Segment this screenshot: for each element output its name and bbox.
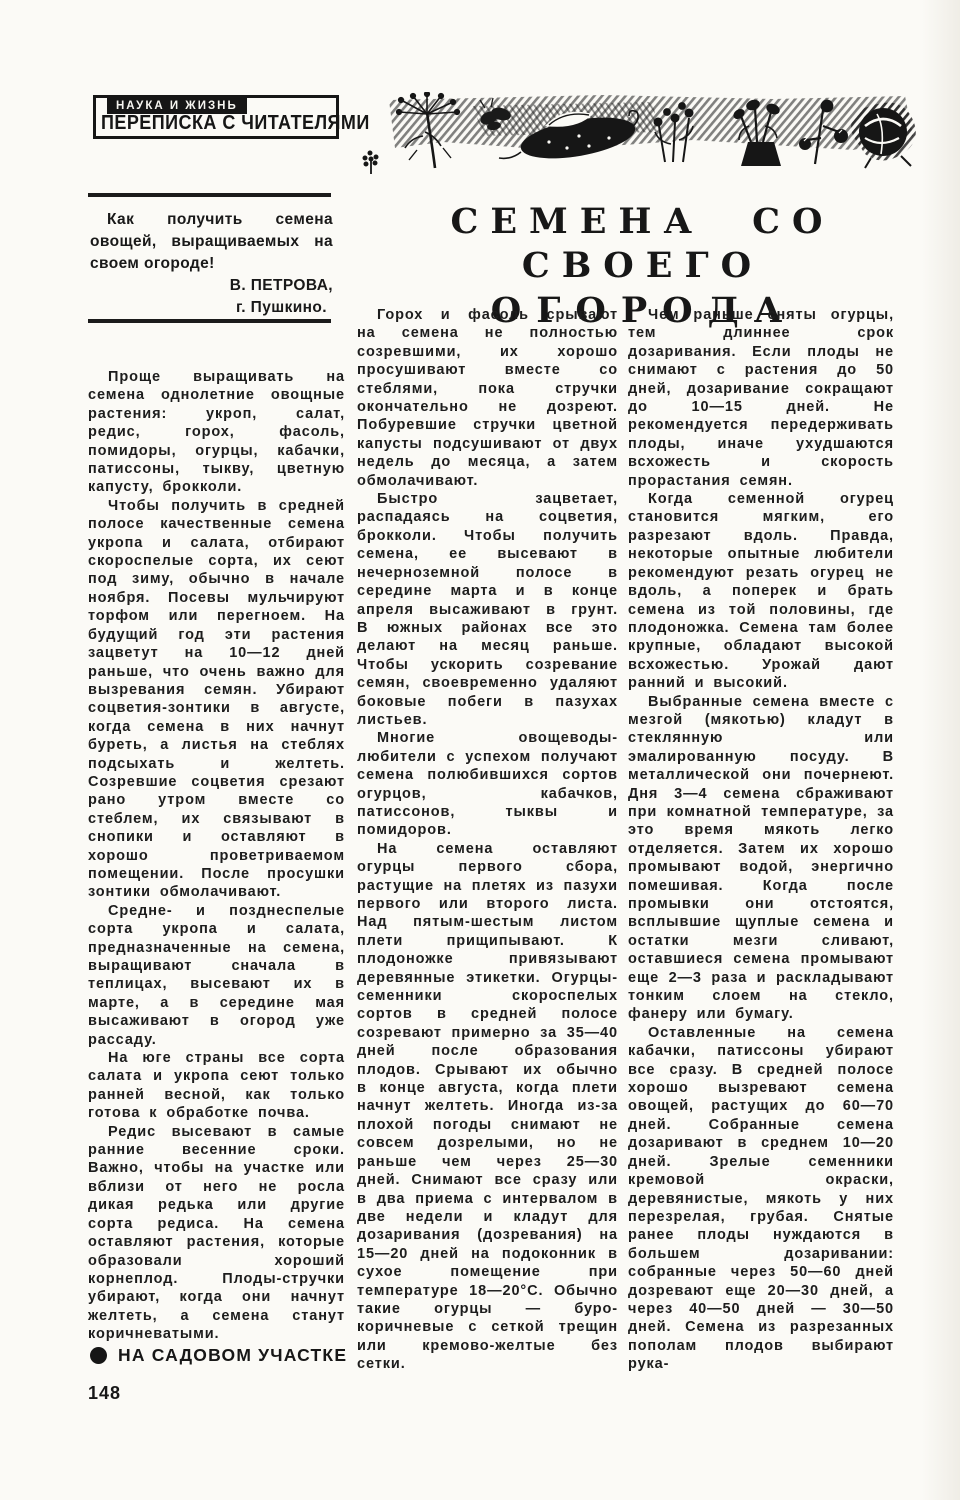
section-label-text: НА САДОВОМ УЧАСТКЕ — [118, 1345, 347, 1366]
magazine-name-text: НАУКА И ЖИЗНЬ — [116, 100, 238, 112]
paragraph: Быстро зацветает, распадаясь на соцветия… — [357, 490, 618, 729]
magazine-page: НАУКА И ЖИЗНЬ ПЕРЕПИСКА С ЧИТАТЕЛЯМИ — [0, 0, 960, 1500]
section-label: НА САДОВОМ УЧАСТКЕ — [90, 1345, 347, 1366]
column-right: Чем раньше сняты огурцы, тем длиннее сро… — [628, 306, 894, 1374]
paragraph: Оставленные на семена кабачки, патиссоны… — [628, 1024, 894, 1374]
vegetables-illustration — [353, 92, 920, 176]
divider-top — [88, 193, 331, 197]
bullet-icon — [90, 1347, 107, 1364]
magazine-masthead: НАУКА И ЖИЗНЬ ПЕРЕПИСКА С ЧИТАТЕЛЯМИ — [93, 95, 339, 139]
letter-signature: В. ПЕТРОВА, — [90, 275, 333, 297]
letter-city: г. Пушкино. — [90, 297, 333, 319]
column-middle: Горох и фасоль срывают на семена не полн… — [357, 306, 618, 1374]
paragraph: Чтобы получить в средней полосе качестве… — [88, 497, 345, 902]
paragraph: На семена оставляют огурцы первого сбора… — [357, 840, 618, 1374]
letter-question: Как получить семена овощей, выращиваемых… — [90, 209, 333, 275]
paragraph: Средне- и позднеспелые сорта укропа и са… — [88, 902, 345, 1049]
paragraph: Когда семенной огурец становится мягким,… — [628, 490, 894, 692]
paragraph: Редис высевают в самые ранние весенние с… — [88, 1123, 345, 1344]
page-number: 148 — [88, 1383, 121, 1404]
paragraph: На юге страны все сорта салата и укропа … — [88, 1049, 345, 1123]
paragraph: Горох и фасоль срывают на семена не полн… — [357, 306, 618, 490]
divider-bottom — [88, 319, 331, 323]
paragraph: Многие овощеводы-любители с успехом полу… — [357, 729, 618, 839]
column-left: Проще выращивать на семена однолетние ов… — [88, 368, 345, 1344]
paragraph: Проще выращивать на семена однолетние ов… — [88, 368, 345, 497]
article-title-line1: СЕМЕНА СО СВОЕГО — [353, 200, 920, 288]
paragraph: Чем раньше сняты огурцы, тем длиннее сро… — [628, 306, 894, 490]
reader-letter: Как получить семена овощей, выращиваемых… — [90, 209, 333, 319]
rubric-title-text: ПЕРЕПИСКА С ЧИТАТЕЛЯМИ — [101, 112, 370, 135]
paragraph: Выбранные семена вместе с мезгой (мякоть… — [628, 693, 894, 1024]
